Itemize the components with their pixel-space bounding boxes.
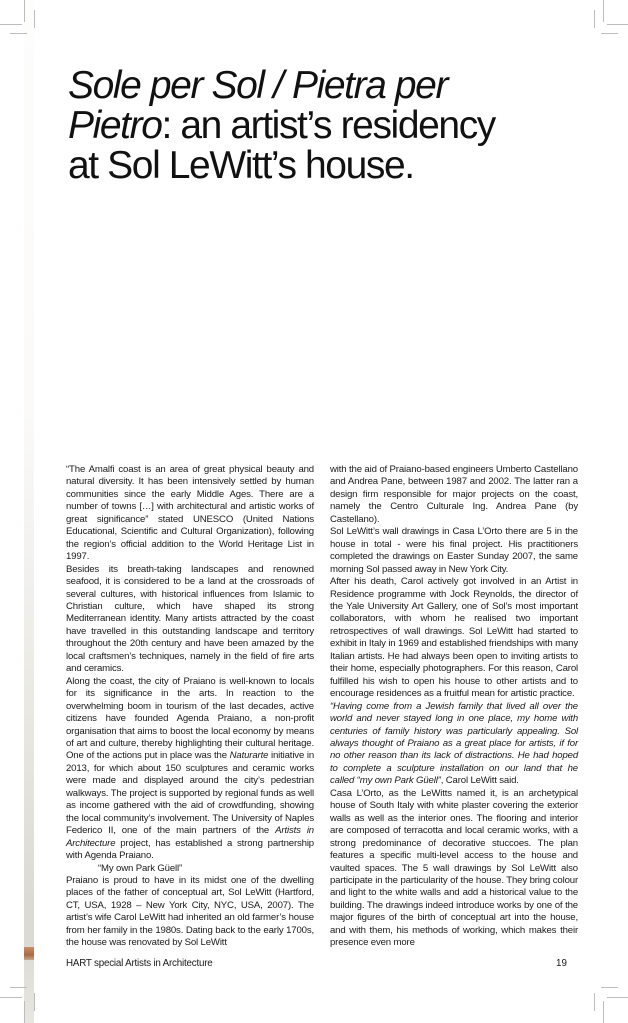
- title-italic-2: Pietro: [68, 104, 161, 147]
- crop-mark-bottom-left-h: [10, 987, 27, 988]
- paragraph: Along the coast, the city of Praiano is …: [66, 676, 314, 863]
- crop-mark-top-right-v: [594, 10, 595, 28]
- paragraph: “The Amalfi coast is an area of great ph…: [66, 464, 314, 564]
- page-number: 19: [556, 958, 567, 969]
- column-right: with the aid of Praiano-based engineers …: [330, 464, 578, 950]
- crop-mark-bottom-right-v2: [603, 1001, 604, 1023]
- paragraph: Sol LeWitt’s wall drawings in Casa L’Ort…: [330, 526, 578, 576]
- crop-mark-bottom-right-v: [594, 993, 595, 1011]
- title-rest-line-2: : an artist’s residency: [161, 104, 494, 147]
- crop-mark-top-right-h2: [601, 33, 618, 34]
- title-italic-1: Sole per Sol / Pietra per: [68, 64, 447, 107]
- paragraph: After his death, Carol actively got invo…: [330, 576, 578, 701]
- text-run: Along the coast, the city of Praiano is …: [66, 676, 314, 762]
- text-run: , Carol LeWitt said.: [441, 775, 519, 786]
- italic-run: Naturarte: [230, 750, 269, 761]
- crop-mark-bottom-left-v: [24, 1001, 25, 1023]
- crop-mark-top-left-h2: [10, 33, 27, 34]
- crop-mark-top-right-h: [607, 24, 628, 25]
- title-line-3: at Sol LeWitt’s house.: [68, 144, 414, 187]
- crop-mark-bottom-right-h2: [601, 987, 618, 988]
- page-bleed-strip: [24, 0, 34, 1023]
- article-title: Sole per Sol / Pietra perPietro: an arti…: [68, 66, 548, 186]
- column-left: “The Amalfi coast is an area of great ph…: [66, 464, 314, 950]
- quote-italic: “Having come from a Jewish family that l…: [330, 701, 578, 787]
- section-subheading: “My own Park Güell”: [66, 863, 314, 875]
- paragraph: Casa L’Orto, as the LeWitts named it, is…: [330, 788, 578, 950]
- paragraph: Praiano is proud to have in its midst on…: [66, 875, 314, 950]
- crop-mark-top-left-v: [24, 0, 25, 22]
- crop-mark-top-left-h: [0, 24, 22, 25]
- page-bleed-color-band: [24, 947, 34, 960]
- crop-mark-bottom-left-h2: [0, 997, 22, 998]
- text-run: initiative in 2013, for which about 150 …: [66, 750, 314, 836]
- footer-publication: HART special Artists in Architecture: [66, 958, 213, 969]
- paragraph: Besides its breath-taking landscapes and…: [66, 564, 314, 676]
- crop-mark-bottom-right-h: [607, 997, 628, 998]
- crop-mark-top-left-v2: [34, 10, 35, 28]
- paragraph: with the aid of Praiano-based engineers …: [330, 464, 578, 526]
- article-body: “The Amalfi coast is an area of great ph…: [66, 464, 578, 950]
- paragraph: “Having come from a Jewish family that l…: [330, 701, 578, 788]
- crop-mark-top-right-v2: [603, 0, 604, 22]
- crop-mark-bottom-left-v2: [34, 993, 35, 1011]
